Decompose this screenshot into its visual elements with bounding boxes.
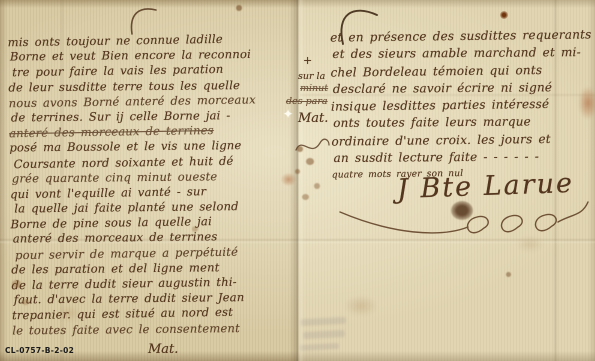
manuscript-line: la quelle jai faite planté une selond xyxy=(10,199,296,217)
manuscript-line: an susdit lecture faite - - - - - - xyxy=(332,148,594,167)
manuscript-line: faut. d'avec la terre dudit sieur Jean xyxy=(12,290,298,308)
signature-flourish-icon xyxy=(336,194,592,250)
paper-stain xyxy=(236,5,242,11)
manuscript-line: onts toutes faite leurs marque xyxy=(331,113,593,132)
manuscript-letter-scan: mis onts toujour ne connue ladille Borne… xyxy=(0,0,595,361)
manuscript-line: desclaré ne savoir écrire ni signé xyxy=(331,79,593,98)
margin-note-struck: minut xyxy=(300,84,328,94)
manuscript-line: grée quarante cinq minut oueste xyxy=(10,168,296,186)
right-page-text: et en présence des susdittes requerants … xyxy=(330,26,594,185)
manuscript-line: de les paration et del ligne ment xyxy=(11,259,297,277)
left-page-text: mis onts toujour ne connue ladille Borne… xyxy=(8,31,299,339)
margin-paraph: Mat. xyxy=(298,111,328,126)
margin-paraph-flourish-icon xyxy=(292,131,334,159)
margin-note-struck: des para xyxy=(286,97,328,107)
manuscript-line: et des sieurs amable marchand et mi- xyxy=(330,44,592,63)
archival-reference-label: CL-0757-B-2-02 xyxy=(5,346,74,355)
paper-hole-artifact: ✦ xyxy=(283,107,293,121)
manuscript-line: le toutes faite avec le consentement xyxy=(12,320,298,338)
left-page-paraph: Mat. xyxy=(148,342,178,357)
margin-cross-mark: + xyxy=(303,56,312,66)
margin-note: sur la xyxy=(298,72,325,82)
